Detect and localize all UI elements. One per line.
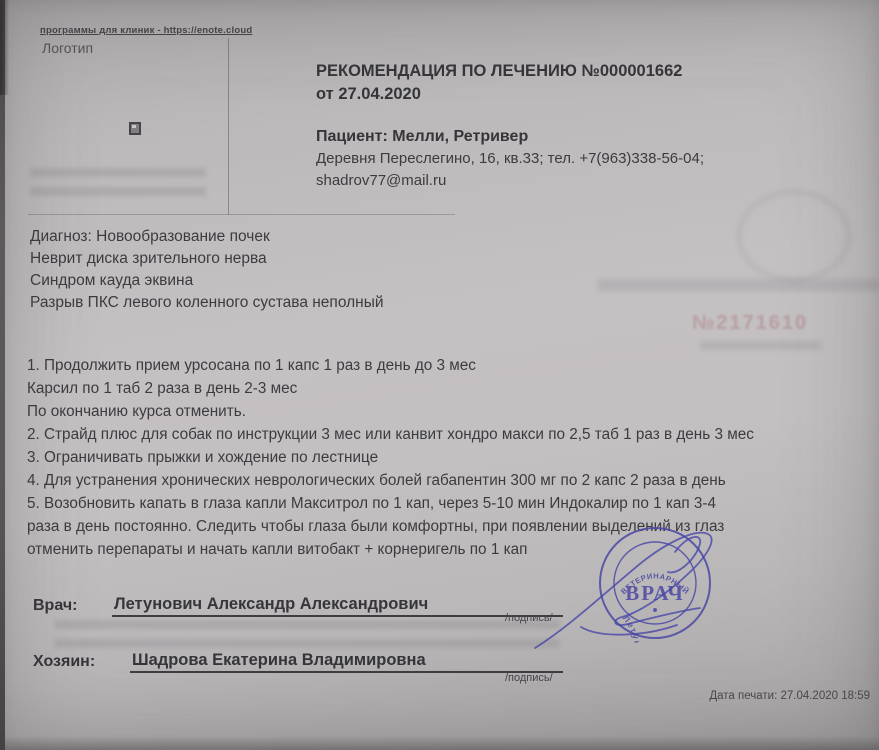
recommendation-line: По окончанию курса отменить.: [27, 400, 754, 423]
doctor-name: Летунович Александр Александрович: [112, 595, 428, 614]
patient-email: shadrov77@mail.ru: [316, 170, 704, 192]
doctor-handwritten-signature: [525, 505, 760, 670]
recommendation-line: 2. Страйд плюс для собак по инструкции 3…: [27, 423, 754, 446]
photo-left-edge-top: [0, 0, 9, 95]
recommendation-line: Карсил по 1 таб 2 раза в день 2-3 мес: [27, 377, 754, 400]
owner-signature-line: Шадрова Екатерина Владимировна: [130, 651, 563, 673]
owner-name: Шадрова Екатерина Владимировна: [130, 651, 426, 670]
owner-signature-caption: /подпись/: [505, 672, 553, 684]
owner-signature-row: Хозяин: Шадрова Екатерина Владимировна /…: [33, 653, 563, 683]
ghost-bleed-number: №2171610: [692, 312, 808, 335]
patient-address: Деревня Переслегино, 16, кв.33; тел. +7(…: [316, 148, 704, 170]
ghost-bleed-line-under-number: [700, 341, 822, 350]
enote-cloud-link: программы для клиник - https://enote.clo…: [40, 25, 252, 36]
header-table-vertical-border: [228, 38, 229, 215]
diagnosis-line: Синдром кауда эквина: [30, 270, 384, 292]
broken-image-icon: [129, 122, 141, 135]
patient-block: Пациент: Мелли, Ретривер Деревня Пересле…: [316, 126, 704, 192]
title-date-line: от 27.04.2020: [316, 83, 682, 106]
signature-stroke-flourish: [581, 625, 677, 635]
doctor-signature-line: Летунович Александр Александрович: [112, 595, 563, 617]
diagnosis-line: Диагноз: Новообразование почек: [30, 226, 384, 248]
doctor-label: Врач:: [33, 597, 77, 615]
signature-stroke-main: [535, 533, 712, 648]
diagnosis-line: Разрыв ПКС левого коленного сустава непо…: [30, 292, 384, 314]
ghost-bleed-text-top-left: [30, 168, 206, 206]
photo-bottom-edge: [0, 736, 879, 750]
print-date: Дата печати: 27.04.2020 18:59: [709, 690, 870, 702]
recommendation-line: 4. Для устранения хронических неврологич…: [27, 469, 754, 492]
recommendation-line: 1. Продолжить прием урсосана по 1 капс 1…: [27, 354, 754, 377]
logo-placeholder-label: Логотип: [42, 40, 93, 56]
recommendation-line: 3. Ограничивать прыжки и хождение по лес…: [27, 446, 754, 469]
header-table-horizontal-border: [28, 214, 455, 215]
owner-label: Хозяин:: [33, 653, 95, 671]
ghost-bleed-band: [598, 279, 879, 291]
document-title: РЕКОМЕНДАЦИЯ ПО ЛЕЧЕНИЮ №000001662 от 27…: [316, 60, 682, 106]
photo-left-edge: [0, 0, 5, 750]
title-number-line: РЕКОМЕНДАЦИЯ ПО ЛЕЧЕНИЮ №000001662: [316, 60, 682, 83]
doctor-signature-row: Врач: Летунович Александр Александрович …: [33, 597, 563, 627]
broken-image-glyph: [132, 125, 136, 128]
diagnosis-block: Диагноз: Новообразование почек Неврит ди…: [30, 226, 384, 314]
patient-heading: Пациент: Мелли, Ретривер: [316, 126, 704, 148]
ghost-bleed-stamp-circle: [737, 190, 851, 282]
scanned-document-photo: №2171610 программы для клиник - https://…: [0, 0, 879, 750]
diagnosis-line: Неврит диска зрительного нерва: [30, 248, 384, 270]
